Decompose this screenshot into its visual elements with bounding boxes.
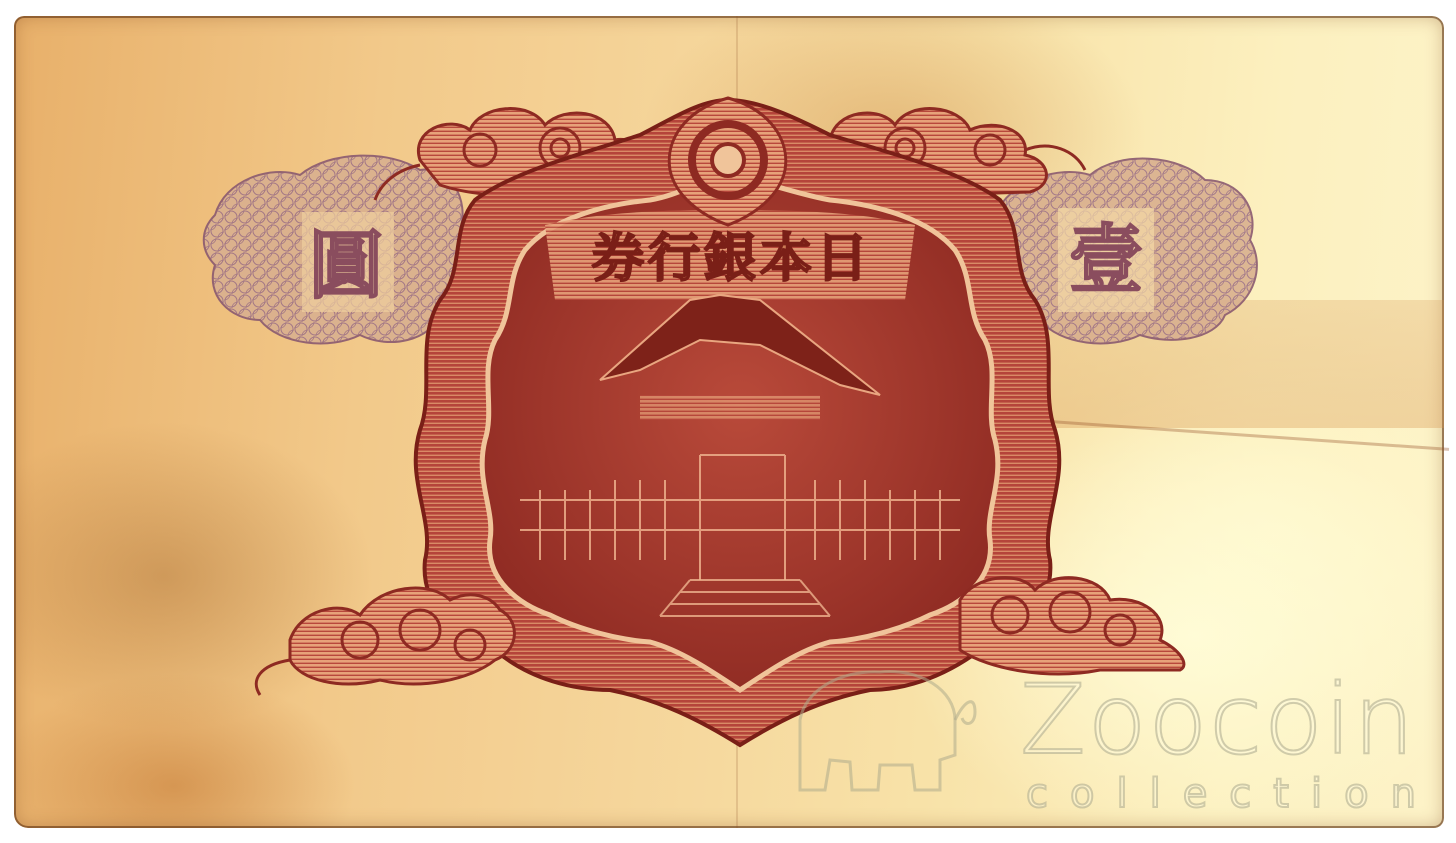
zoocoin-watermark: Zoocoin collection (1020, 672, 1438, 814)
issuer-char: 銀 (704, 233, 758, 285)
watermark-tagline: collection (1026, 774, 1438, 814)
denomination-character-left: 圓 (300, 218, 392, 314)
issuer-title: 券 行 銀 本 日 (592, 224, 870, 294)
issuer-char: 日 (816, 233, 870, 285)
watermark-brand: Zoocoin (1020, 672, 1438, 768)
denomination-character-right: 壹 (1060, 212, 1152, 308)
issuer-char: 券 (592, 233, 646, 285)
issuer-char: 行 (648, 233, 702, 285)
issuer-char: 本 (760, 233, 814, 285)
